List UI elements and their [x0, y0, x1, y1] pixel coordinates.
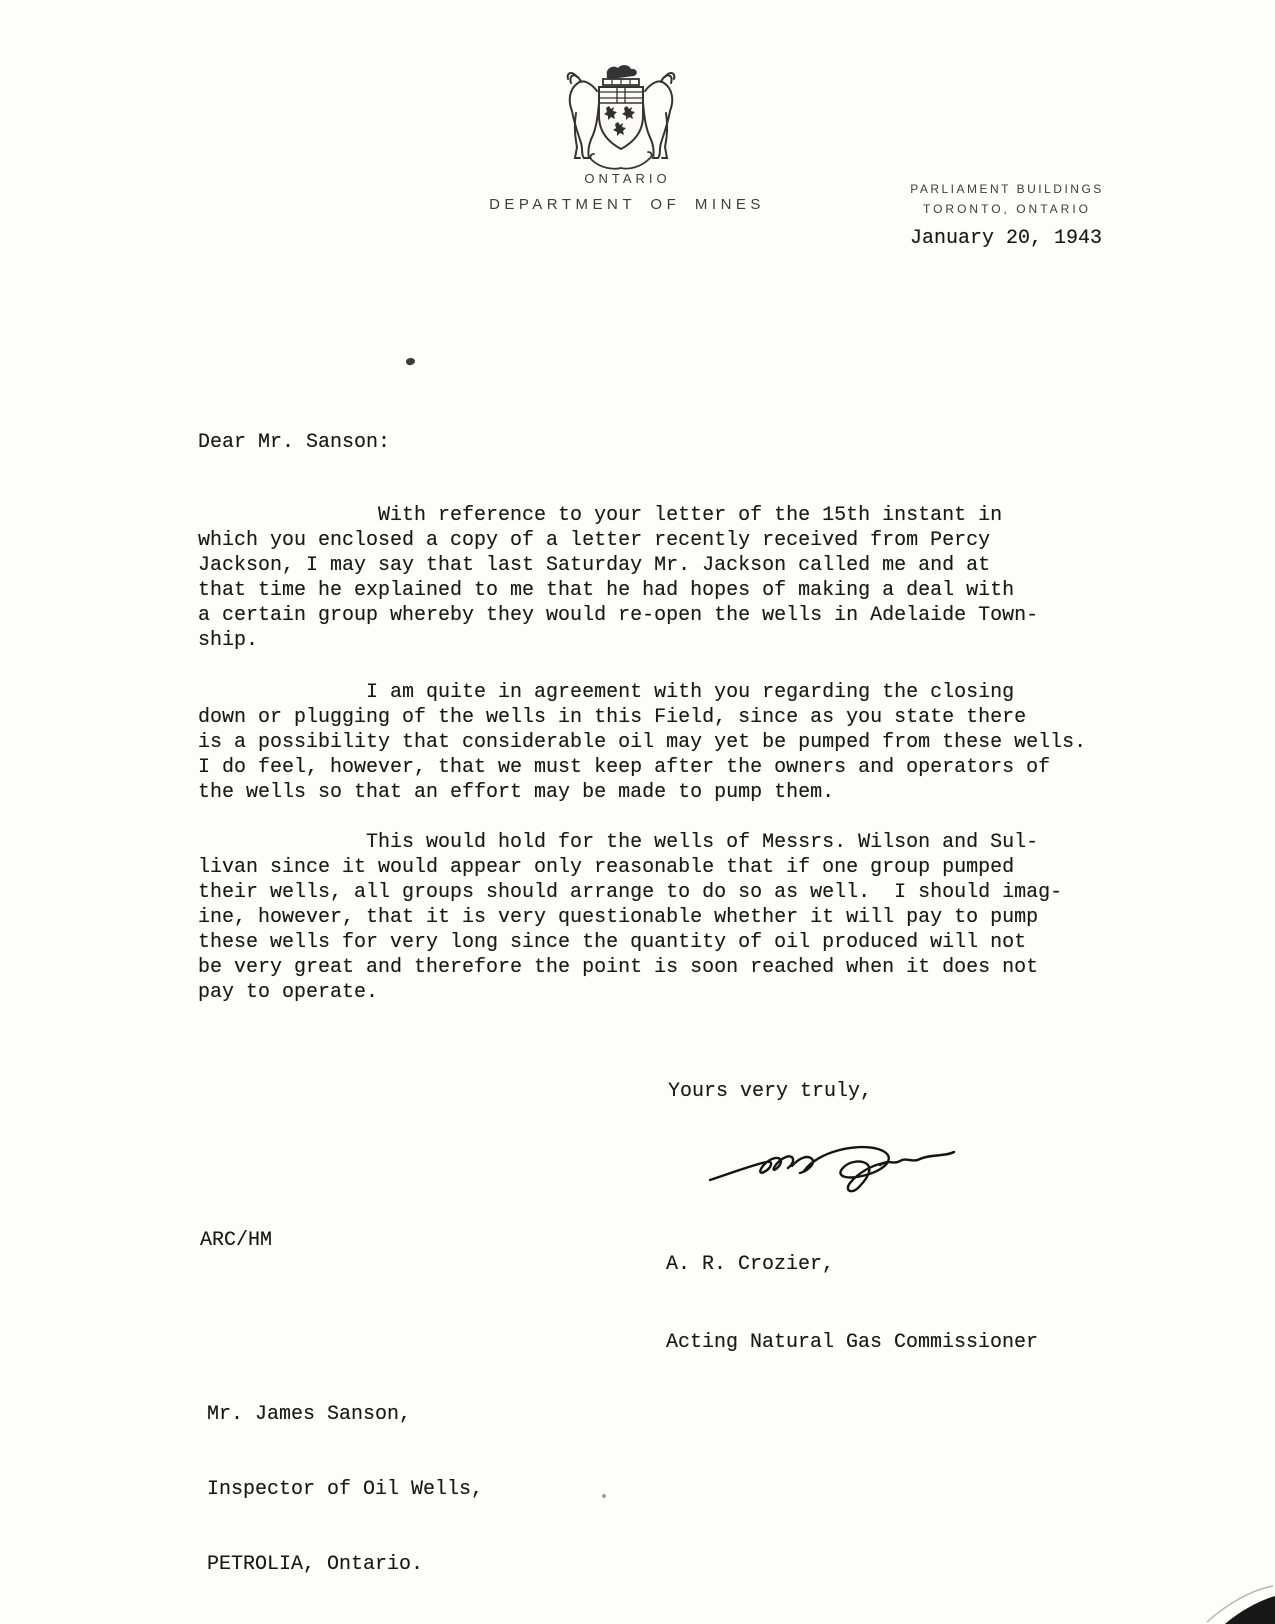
- scan-speck-artifact: [405, 357, 416, 366]
- signer-block: A. R. Crozier, Acting Natural Gas Commis…: [666, 1200, 1038, 1408]
- salutation: Dear Mr. Sanson:: [198, 430, 390, 455]
- paragraph-2: I am quite in agreement with you regardi…: [198, 680, 1086, 805]
- ontario-coat-of-arms-icon: [561, 62, 681, 174]
- paragraph-3: This would hold for the wells of Messrs.…: [198, 830, 1062, 1005]
- signer-name: A. R. Crozier,: [666, 1252, 1038, 1278]
- letterhead-department: DEPARTMENT OF MINES: [477, 196, 777, 213]
- scan-dot-artifact: [602, 1494, 606, 1498]
- paragraph-1: With reference to your letter of the 15t…: [198, 503, 1038, 653]
- valediction: Yours very truly,: [668, 1079, 872, 1104]
- signer-title: Acting Natural Gas Commissioner: [666, 1330, 1038, 1356]
- scanned-letter-page: ONTARIO DEPARTMENT OF MINES PARLIAMENT B…: [0, 0, 1275, 1624]
- letterhead-address: PARLIAMENT BUILDINGS TORONTO, ONTARIO: [857, 179, 1157, 219]
- recipient-title: Inspector of Oil Wells,: [207, 1477, 483, 1502]
- recipient-city: PETROLIA, Ontario.: [207, 1552, 483, 1577]
- letterhead-address-line1: PARLIAMENT BUILDINGS: [857, 179, 1157, 199]
- letterhead-address-line2: TORONTO, ONTARIO: [857, 199, 1157, 219]
- handwritten-signature: [706, 1136, 958, 1196]
- page-corner-fold-artifact: [1203, 1580, 1275, 1624]
- recipient-address: Mr. James Sanson, Inspector of Oil Wells…: [207, 1352, 483, 1624]
- typist-initials: ARC/HM: [200, 1228, 272, 1253]
- letter-date: January 20, 1943: [910, 226, 1102, 251]
- recipient-name: Mr. James Sanson,: [207, 1402, 483, 1427]
- letterhead-province: ONTARIO: [540, 171, 715, 186]
